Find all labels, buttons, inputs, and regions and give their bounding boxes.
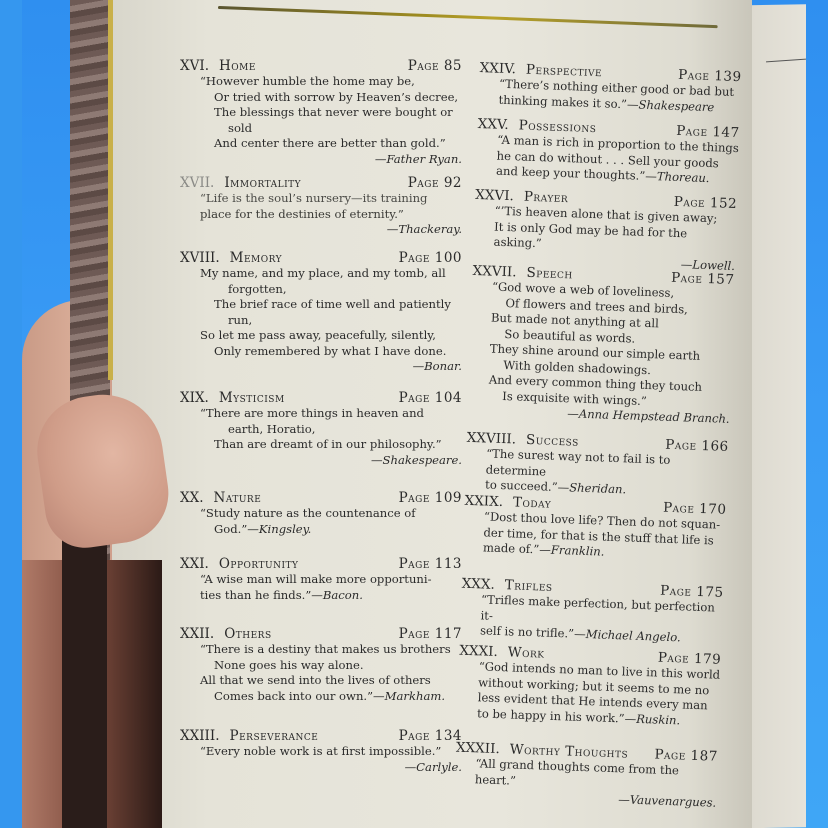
contents-entry: XVII.ImmortalityPage 92“Life is the soul… [180,175,462,238]
chapter-number: XXVII. [472,263,516,281]
quotation: “Trifles make perfection, but perfection… [460,592,723,648]
contents-entry: XXIX.TodayPage 170“Dost thou love life? … [463,493,727,565]
quote-line-text: None goes his way alone. [214,658,364,672]
chapter-number: XXIII. [180,728,220,744]
quote-line-text: self is no trifle.” [480,623,575,640]
quote-line-text: “Life is the soul’s nursery—its training [200,191,427,205]
quote-author: —Shakespeare. [200,453,462,469]
quote-author: —Ruskin. [624,711,680,727]
chapter-number: XXIV. [479,60,516,77]
quotation: “The surest way not to fail is to determ… [465,446,728,502]
quote-line-text: The brief race of time well and patientl… [214,297,451,311]
quote-author: —Thoreau. [645,169,710,185]
quote-line: run, [200,313,462,329]
entry-heading: XXI.OpportunityPage 113 [180,556,462,572]
quote-line-text: earth, Horatio, [228,422,315,436]
contents-entry: XX.NaturePage 109“Study nature as the co… [180,490,462,537]
contents-entry: XXVII.SpeechPage 157“God wove a web of l… [467,263,734,428]
contents-entry: XXI.OpportunityPage 113“A wise man will … [180,556,462,603]
quote-line: forgotten, [200,282,462,298]
page-reference: Page 100 [399,250,462,266]
quotation: “A man is rich in proportion to the thin… [476,132,739,188]
gilt-page-edge [108,0,113,380]
chapter-title: Memory [230,250,399,266]
chapter-number: XVII. [180,175,214,191]
chapter-number: XXXII. [456,740,500,758]
page-reference: Page 104 [399,390,462,406]
quote-line-text: “However humble the home may be, [200,74,415,88]
quote-line-text: sold [228,121,252,135]
entry-heading: XXIII.PerseverancePage 134 [180,728,462,744]
contents-entry: XXXI.WorkPage 179“God intends no man to … [457,643,722,730]
entry-heading: XVII.ImmortalityPage 92 [180,175,462,191]
quote-line: The blessings that never were bought or [200,105,462,121]
quote-author: —Sheridan. [557,480,626,496]
quote-line: And center there are better than gold.” [200,136,462,152]
entry-heading: XX.NaturePage 109 [180,490,462,506]
entry-heading: XVIII.MemoryPage 100 [180,250,462,266]
quote-line-text: “There are more things in heaven and [200,406,424,420]
entry-heading: XVI.HomePage 85 [180,58,462,74]
quotation: “A wise man will make more opportuni-tie… [180,572,462,603]
quotation: “God intends no man to live in this worl… [457,659,721,730]
page-reference: Page 134 [399,728,462,744]
quotation: “Dost thou love life? Then do not squan-… [463,509,726,565]
page-reference: Page 113 [399,556,462,572]
quote-author: —Michael Angelo. [574,627,681,645]
chapter-title: Opportunity [219,556,399,572]
quote-author: —Bonar. [200,359,462,375]
entry-heading: XXII.OthersPage 117 [180,626,462,642]
quote-line: “A wise man will make more opportuni- [200,572,462,588]
contents-entry: XVI.HomePage 85“However humble the home … [180,58,462,167]
quote-line: So let me pass away, peacefully, silentl… [200,328,462,344]
quote-author: —Father Ryan. [200,152,462,168]
quote-author: —Markham. [373,689,445,703]
quote-line: “Life is the soul’s nursery—its training [200,191,462,207]
contents-entry: XVIII.MemoryPage 100My name, and my plac… [180,250,462,375]
quote-line-text: ties than he finds.” [200,588,311,602]
quote-line: “Every noble work is at first impossible… [200,744,462,760]
chapter-number: XXX. [461,576,495,593]
chapter-title: Home [219,58,408,74]
contents-entry: XXVIII.SuccessPage 166“The surest way no… [465,430,729,502]
quote-line-text: “Every noble work is at first impossible… [200,744,441,758]
entry-heading: XIX.MysticismPage 104 [180,390,462,406]
contents-entry: XIX.MysticismPage 104“There are more thi… [180,390,462,468]
quote-line: “There is a destiny that makes us brothe… [200,642,462,658]
quotation: “Life is the soul’s nursery—its training… [180,191,462,238]
quotation: “However humble the home may be,Or tried… [180,74,462,167]
chapter-title: Nature [214,490,399,506]
page-reference: Page 92 [408,175,462,191]
quotation: “There are more things in heaven andeart… [180,406,462,468]
quote-line-text: My name, and my place, and my tomb, all [200,266,446,280]
chapter-title: Others [224,626,398,642]
page-reference: Page 166 [665,437,729,455]
quotation: “All grand thoughts come from the heart.… [454,756,717,812]
quote-author: —Carlyle. [200,760,462,776]
quote-line: Only remembered by what I have done. [200,344,462,360]
quote-line-text: made of.” [483,540,540,556]
chapter-number: XXII. [180,626,214,642]
quote-line-text: run, [228,313,252,327]
quote-line: “There are more things in heaven and [200,406,462,422]
quote-line-text: “There is a destiny that makes us brothe… [200,642,451,656]
chapter-number: XVI. [180,58,209,74]
chapter-number: XVIII. [180,250,220,266]
chapter-number: XXIX. [464,493,503,510]
chapter-number: XXVIII. [467,430,517,448]
chapter-title: Perseverance [230,728,399,744]
quotation: “Study nature as the countenance ofGod.”… [180,506,462,537]
quote-line: earth, Horatio, [200,422,462,438]
contents-entry: XXXII.Worthy ThoughtsPage 187“All grand … [454,740,718,812]
chapter-number: XX. [180,490,204,506]
quote-line-text: So let me pass away, peacefully, silentl… [200,328,436,342]
quote-author: —Kingsley. [247,522,311,536]
quote-line: place for the destinies of eternity.” [200,207,462,223]
quote-line-text: Comes back into our own.” [214,689,373,703]
quotation: “There is a destiny that makes us brothe… [180,642,462,704]
page-reference: Page 109 [399,490,462,506]
quote-line: All that we send into the lives of other… [200,673,462,689]
quotation: “Every noble work is at first impossible… [180,744,462,775]
quotation: “God wove a web of loveliness,Of flowers… [467,279,734,428]
quote-line-text: “Study nature as the countenance of [200,506,416,520]
chapter-number: XXV. [477,116,508,133]
chapter-number: XIX. [180,390,209,406]
background [0,0,22,828]
page-reference: Page 117 [399,626,462,642]
quote-line: Or tried with sorrow by Heaven’s decree, [200,90,462,106]
quote-line: “Study nature as the countenance of [200,506,462,522]
quote-author: —Thackeray. [200,222,462,238]
contents-entry: XXIII.PerseverancePage 134“Every noble w… [180,728,462,775]
quote-line-text: forgotten, [228,282,287,296]
quote-line: None goes his way alone. [200,658,462,674]
chapter-number: XXVI. [475,187,514,204]
quote-line-text: Only remembered by what I have done. [214,344,446,358]
quote-line-text: “A wise man will make more opportuni- [200,572,432,586]
quote-author: —Bacon. [311,588,363,602]
chapter-title: Mysticism [219,390,399,406]
quote-line-text: And center there are better than gold.” [214,136,446,150]
chapter-number: XXXI. [459,643,498,660]
contents-entry: XXII.OthersPage 117“There is a destiny t… [180,626,462,704]
quote-line-text: place for the destinies of eternity.” [200,207,404,221]
quote-line-text: All that we send into the lives of other… [200,673,431,687]
contents-entry: XXV.PossessionsPage 147“A man is rich in… [476,116,740,188]
contents-entry: XXIV.PerspectivePage 139“There’s nothing… [478,60,741,116]
quotation: My name, and my place, and my tomb, allf… [180,266,462,375]
quote-line-text: Or tried with sorrow by Heaven’s decree, [214,90,458,104]
quote-line: My name, and my place, and my tomb, all [200,266,462,282]
quote-line: Than are dreamt of in our philosophy.” [200,437,462,453]
quote-line: “However humble the home may be, [200,74,462,90]
quote-author: —Franklin. [539,542,605,558]
quote-line-text: Than are dreamt of in our philosophy.” [214,437,442,451]
quote-line: The brief race of time well and patientl… [200,297,462,313]
page-reference: Page 157 [671,270,735,288]
quote-line: God.”—Kingsley. [200,522,462,538]
book-spine-shadow [62,540,107,828]
contents-entry: XXX.TriflesPage 175“Trifles make perfect… [460,576,724,648]
quote-line: ties than he finds.”—Bacon. [200,588,462,604]
quote-line-text: God.” [214,522,247,536]
contents-entry: XXVI.PrayerPage 152“’Tis heaven alone th… [473,187,738,274]
quote-line-text: to succeed.” [485,477,558,494]
quote-line-text: “The surest way not to fail is to determ… [485,446,670,478]
quote-line: Comes back into our own.”—Markham. [200,689,462,705]
quote-author: —Shakespeare [627,97,715,114]
chapter-number: XXI. [180,556,209,572]
quote-line: sold [200,121,462,137]
chapter-title: Immortality [224,175,407,191]
quote-line-text: The blessings that never were bought or [214,105,453,119]
page-reference: Page 85 [408,58,462,74]
